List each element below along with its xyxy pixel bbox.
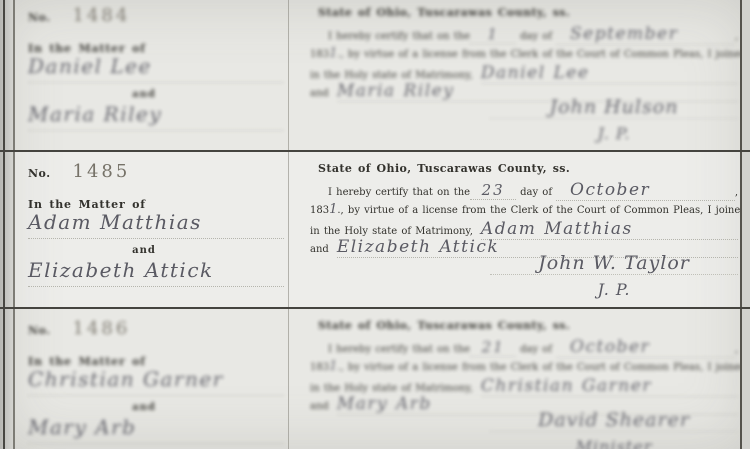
- matrimony-text: in the Holy state of Matrimony,: [310, 383, 473, 394]
- column-divider-rule: [288, 0, 289, 449]
- day-handwritten: 23: [470, 181, 516, 200]
- no-label: No.: [28, 11, 51, 24]
- certify-date-line: I hereby certify that on the 23 day of O…: [310, 180, 738, 201]
- record-number: 1486: [73, 318, 131, 339]
- marriage-record-1486: No. 1486 In the Matter of Christian Garn…: [0, 309, 750, 449]
- day-handwritten: 21: [470, 338, 516, 357]
- matrimony-text: in the Holy state of Matrimony,: [310, 70, 473, 81]
- page-right-gutter: [741, 0, 750, 449]
- month-handwritten: October: [556, 180, 735, 201]
- record-separator-rule: [0, 150, 750, 152]
- record-number-row: No. 1485: [28, 161, 130, 182]
- no-label: No.: [28, 324, 51, 337]
- no-label: No.: [28, 167, 51, 180]
- virtue-text: ., by virtue of a license from the Clerk…: [337, 205, 746, 216]
- line-end-comma: ,: [735, 31, 738, 42]
- groom-name-handwritten: Adam Matthias: [28, 210, 284, 239]
- virtue-text: ., by virtue of a license from the Clerk…: [337, 49, 746, 60]
- record-number-row: No. 1484: [28, 5, 130, 26]
- year-printed: 183: [310, 49, 329, 60]
- bride-name-handwritten: Mary Arb: [28, 415, 284, 444]
- officiant-title: J. P.: [490, 124, 738, 143]
- and-label: and: [310, 88, 329, 99]
- and-label: and: [0, 245, 288, 256]
- and-label: and: [310, 244, 329, 255]
- marriage-record-1484: No. 1484 In the Matter of Daniel Lee and…: [0, 0, 750, 153]
- state-county-line: State of Ohio, Tuscarawas County, ss.: [318, 319, 570, 332]
- marriage-register-page: No. 1484 In the Matter of Daniel Lee and…: [0, 0, 750, 449]
- virtue-line: 1831., by virtue of a license from the C…: [310, 202, 740, 217]
- record-number: 1484: [73, 5, 131, 26]
- virtue-line: 1831., by virtue of a license from the C…: [310, 359, 740, 374]
- state-county-line: State of Ohio, Tuscarawas County, ss.: [318, 6, 570, 19]
- marriage-record-1485: No. 1485 In the Matter of Adam Matthias …: [0, 152, 750, 309]
- line-end-comma: ,: [735, 187, 738, 198]
- certify-date-line: I hereby certify that on the 1 day of Se…: [310, 24, 738, 45]
- officiant-signature: John W. Taylor: [490, 252, 738, 275]
- matrimony-text: in the Holy state of Matrimony,: [310, 226, 473, 237]
- record-number: 1485: [73, 161, 131, 182]
- officiant-signature: David Shearer: [490, 409, 738, 432]
- left-margin-rule-inner: [13, 0, 15, 449]
- right-margin-rule: [740, 0, 742, 449]
- bride-name-handwritten: Elizabeth Attick: [28, 258, 284, 287]
- year-printed: 183: [310, 205, 329, 216]
- record-number-row: No. 1486: [28, 318, 130, 339]
- record-separator-rule: [0, 307, 750, 309]
- day-of-label: day of: [516, 344, 556, 355]
- groom-name-handwritten: Daniel Lee: [28, 54, 284, 83]
- left-margin-rule-outer: [3, 0, 5, 449]
- groom-name-handwritten: Christian Garner: [28, 367, 284, 396]
- certify-prefix: I hereby certify that on the: [328, 31, 470, 42]
- month-handwritten: September: [556, 24, 735, 45]
- officiant-signature: John Hulson: [490, 96, 738, 119]
- officiant-title: J. P.: [490, 280, 738, 299]
- day-of-label: day of: [516, 31, 556, 42]
- year-printed: 183: [310, 362, 329, 373]
- certify-prefix: I hereby certify that on the: [328, 187, 470, 198]
- month-handwritten: October: [556, 337, 735, 358]
- bride-name-handwritten: Maria Riley: [28, 102, 284, 131]
- day-handwritten: 1: [470, 25, 516, 44]
- certify-prefix: I hereby certify that on the: [328, 344, 470, 355]
- line-end-comma: ,: [735, 344, 738, 355]
- certify-date-line: I hereby certify that on the 21 day of O…: [310, 337, 738, 358]
- virtue-line: 1831., by virtue of a license from the C…: [310, 46, 740, 61]
- state-county-line: State of Ohio, Tuscarawas County, ss.: [318, 162, 570, 175]
- day-of-label: day of: [516, 187, 556, 198]
- and-label: and: [0, 402, 288, 413]
- officiant-title: Minister: [490, 437, 738, 449]
- and-label: and: [0, 89, 288, 100]
- and-label: and: [310, 401, 329, 412]
- virtue-text: ., by virtue of a license from the Clerk…: [337, 362, 746, 373]
